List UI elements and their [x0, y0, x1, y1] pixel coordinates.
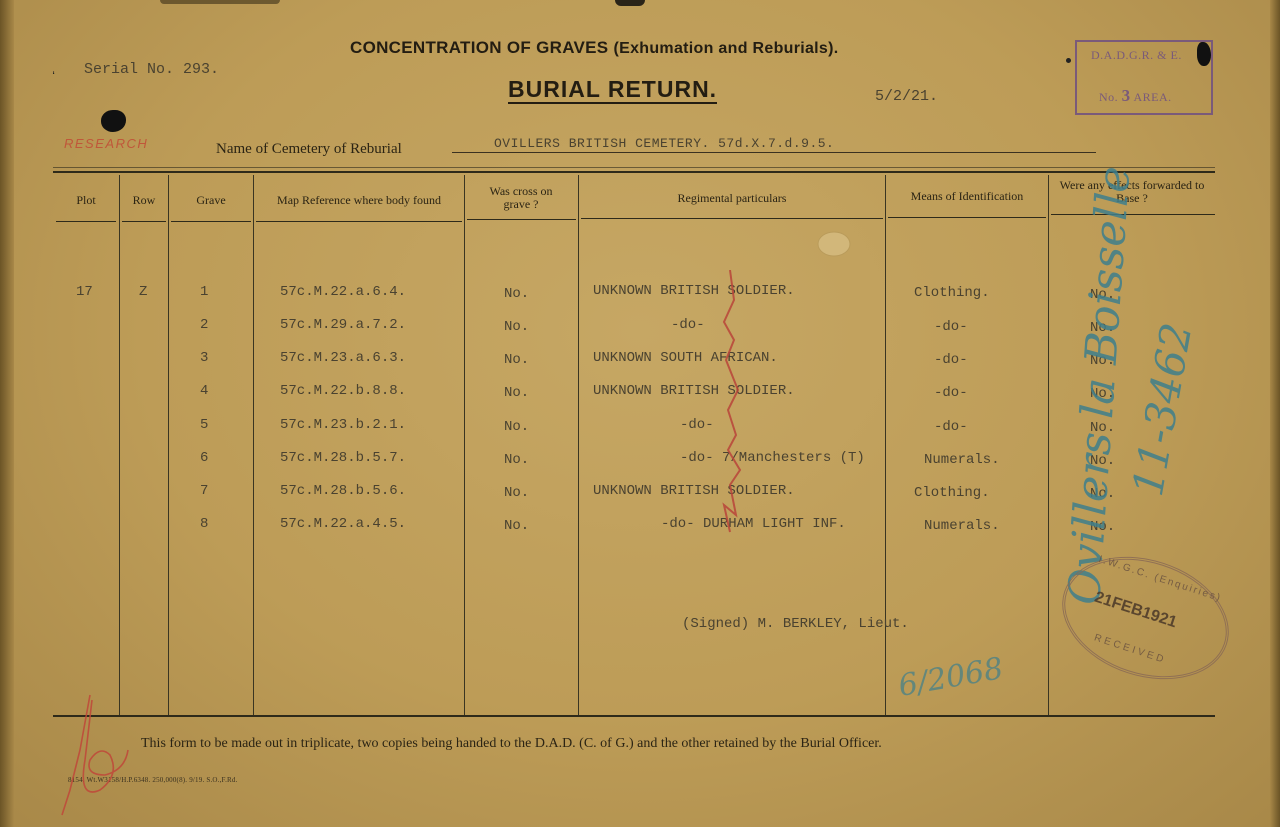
paper-edge-left	[0, 0, 14, 827]
cell-identification: Numerals.	[924, 452, 1000, 468]
header-underline	[888, 217, 1046, 218]
handwritten-reference: 11-3462	[1123, 319, 1202, 499]
header-underline	[467, 219, 576, 220]
col-divider	[885, 175, 886, 715]
cell-map-ref: 57c.M.22.a.6.4.	[280, 284, 406, 300]
col-divider	[1048, 175, 1049, 715]
cell-grave: 3	[200, 350, 208, 366]
col-divider	[119, 175, 120, 715]
punch-hole	[1197, 42, 1211, 66]
cell-cross: No.	[504, 419, 529, 435]
area-stamp-area: No. 3 AREA.	[1099, 86, 1172, 106]
column-header-identification: Means of Identification	[886, 176, 1048, 216]
document-title: CONCENTRATION OF GRAVES (Exhumation and …	[350, 38, 839, 58]
title-parenthetical: (Exhumation and Reburials).	[613, 40, 838, 57]
cell-map-ref: 57c.M.28.b.5.7.	[280, 450, 406, 466]
return-date: 5/2/21.	[875, 88, 938, 105]
serial-number: Serial No. 293.	[84, 61, 219, 78]
table-top-rule-thin	[53, 167, 1215, 168]
col-divider	[168, 175, 169, 715]
red-check-marks	[700, 270, 760, 540]
cell-grave: 6	[200, 450, 208, 466]
cemetery-value: OVILLERS BRITISH CEMETERY. 57d.X.7.d.9.5…	[494, 136, 834, 151]
area-stamp-office: D.A.D.G.R. & E.	[1091, 48, 1182, 63]
header-underline	[122, 221, 166, 222]
cell-cross: No.	[504, 452, 529, 468]
research-annotation: RESEARCH	[64, 136, 148, 151]
cemetery-underline	[452, 152, 1096, 153]
cell-grave: 2	[200, 317, 208, 333]
table-top-rule	[53, 171, 1215, 173]
form-subtitle: BURIAL RETURN.	[508, 76, 717, 104]
cell-cross: No.	[504, 485, 529, 501]
cell-map-ref: 57c.M.22.a.4.5.	[280, 516, 406, 532]
cell-map-ref: 57c.M.23.b.2.1.	[280, 417, 406, 433]
cell-identification: -do-	[934, 419, 968, 435]
cell-map-ref: 57c.M.28.b.5.6.	[280, 483, 406, 499]
column-header-grave: Grave	[169, 180, 253, 220]
header-underline	[56, 221, 116, 222]
cell-map-ref: 57c.M.29.a.7.2.	[280, 317, 406, 333]
column-header-plot: Plot	[56, 180, 116, 220]
cell-cross: No.	[504, 286, 529, 302]
column-header-regimental: Regimental particulars	[579, 178, 885, 218]
ink-blot	[101, 110, 126, 132]
cell-identification: Numerals.	[924, 518, 1000, 534]
cell-identification: -do-	[934, 319, 968, 335]
paper-edge-right	[1270, 0, 1280, 827]
col-divider	[578, 175, 579, 715]
footer-instruction: This form to be made out in triplicate, …	[141, 736, 882, 752]
area-stamp-number: 3	[1122, 86, 1131, 105]
cell-plot: 17	[76, 284, 93, 300]
tick-mark: ʻ	[50, 70, 57, 84]
cemetery-label: Name of Cemetery of Reburial	[216, 141, 402, 158]
cell-identification: -do-	[934, 385, 968, 401]
handwritten-place-name: Ovillers la Boisselle	[1059, 165, 1141, 607]
cell-regimental: UNKNOWN BRITISH SOLDIER.	[593, 283, 795, 299]
cell-cross: No.	[504, 518, 529, 534]
cell-cross: No.	[504, 352, 529, 368]
cell-grave: 7	[200, 483, 208, 499]
handwritten-number: 6/2068	[896, 651, 1006, 704]
cell-identification: Clothing.	[914, 285, 990, 301]
cell-row: Z	[139, 284, 147, 300]
table-bottom-rule	[53, 715, 1215, 717]
cell-map-ref: 57c.M.22.b.8.8.	[280, 383, 406, 399]
received-stamp-date: 21FEB1921	[1092, 589, 1179, 633]
red-initials-mark	[50, 690, 140, 820]
cell-identification: Clothing.	[914, 485, 990, 501]
area-stamp: D.A.D.G.R. & E. No. 3 AREA.	[1075, 40, 1213, 115]
header-underline	[581, 218, 883, 219]
column-header-row: Row	[120, 180, 168, 220]
punch-dot	[1066, 58, 1071, 63]
column-header-cross-on-grave: Was cross on grave ?	[475, 178, 567, 218]
cell-grave: 1	[200, 284, 208, 300]
area-stamp-prefix: No.	[1099, 90, 1118, 104]
cell-grave: 5	[200, 417, 208, 433]
col-divider	[464, 175, 465, 715]
col-divider	[253, 175, 254, 715]
cell-regimental: UNKNOWN BRITISH SOLDIER.	[593, 483, 795, 499]
received-stamp-label: RECEIVED	[1093, 632, 1168, 666]
cell-regimental: UNKNOWN BRITISH SOLDIER.	[593, 383, 795, 399]
cell-map-ref: 57c.M.23.a.6.3.	[280, 350, 406, 366]
paper-tear-top-center	[615, 0, 645, 6]
header-underline	[171, 221, 251, 222]
area-stamp-suffix: AREA.	[1134, 90, 1172, 104]
cell-cross: No.	[504, 385, 529, 401]
cell-cross: No.	[504, 319, 529, 335]
paper-tear-top	[160, 0, 280, 4]
title-main: CONCENTRATION OF GRAVES	[350, 38, 608, 57]
cell-grave: 8	[200, 516, 208, 532]
cell-grave: 4	[200, 383, 208, 399]
cell-identification: -do-	[934, 352, 968, 368]
header-underline	[256, 221, 462, 222]
column-header-map-reference: Map Reference where body found	[254, 180, 464, 220]
signature-line: (Signed) M. BERKLEY, Lieut.	[682, 616, 909, 632]
paper-stain	[815, 228, 853, 260]
